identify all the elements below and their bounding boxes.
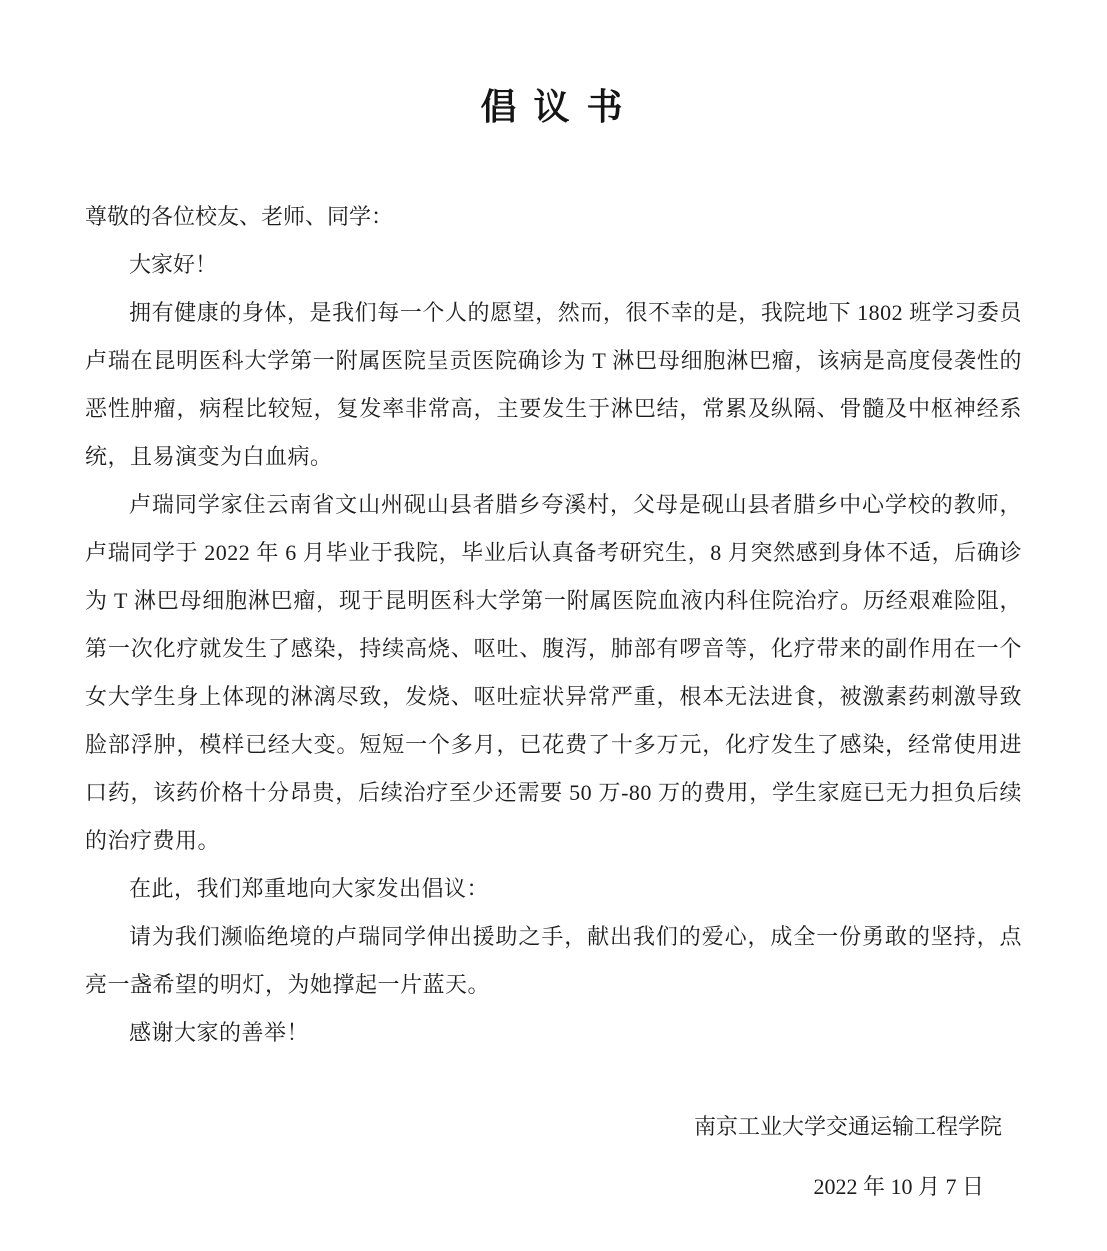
body-paragraph-4-appeal: 请为我们濒临绝境的卢瑞同学伸出援助之手，献出我们的爱心，成全一份勇敢的坚持，点亮… bbox=[85, 913, 1022, 1009]
signature-date: 2022 年 10 月 7 日 bbox=[85, 1163, 1022, 1211]
body-paragraph-2: 卢瑞同学家住云南省文山州砚山县者腊乡夸溪村，父母是砚山县者腊乡中心学校的教师，卢… bbox=[85, 481, 1022, 865]
signature-organization: 南京工业大学交通运输工程学院 bbox=[85, 1103, 1022, 1151]
greeting-line: 大家好！ bbox=[85, 241, 1022, 289]
body-paragraph-1: 拥有健康的身体，是我们每一个人的愿望，然而，很不幸的是，我院地下 1802 班学… bbox=[85, 289, 1022, 481]
signature-block: 南京工业大学交通运输工程学院 2022 年 10 月 7 日 bbox=[85, 1103, 1022, 1211]
body-paragraph-5-thanks: 感谢大家的善举！ bbox=[85, 1009, 1022, 1057]
document-title: 倡 议 书 bbox=[85, 85, 1022, 129]
salutation-line: 尊敬的各位校友、老师、同学： bbox=[85, 193, 1022, 241]
document-page: 倡 议 书 尊敬的各位校友、老师、同学： 大家好！ 拥有健康的身体，是我们每一个… bbox=[0, 0, 1107, 1251]
body-paragraph-3-appeal-intro: 在此，我们郑重地向大家发出倡议： bbox=[85, 865, 1022, 913]
